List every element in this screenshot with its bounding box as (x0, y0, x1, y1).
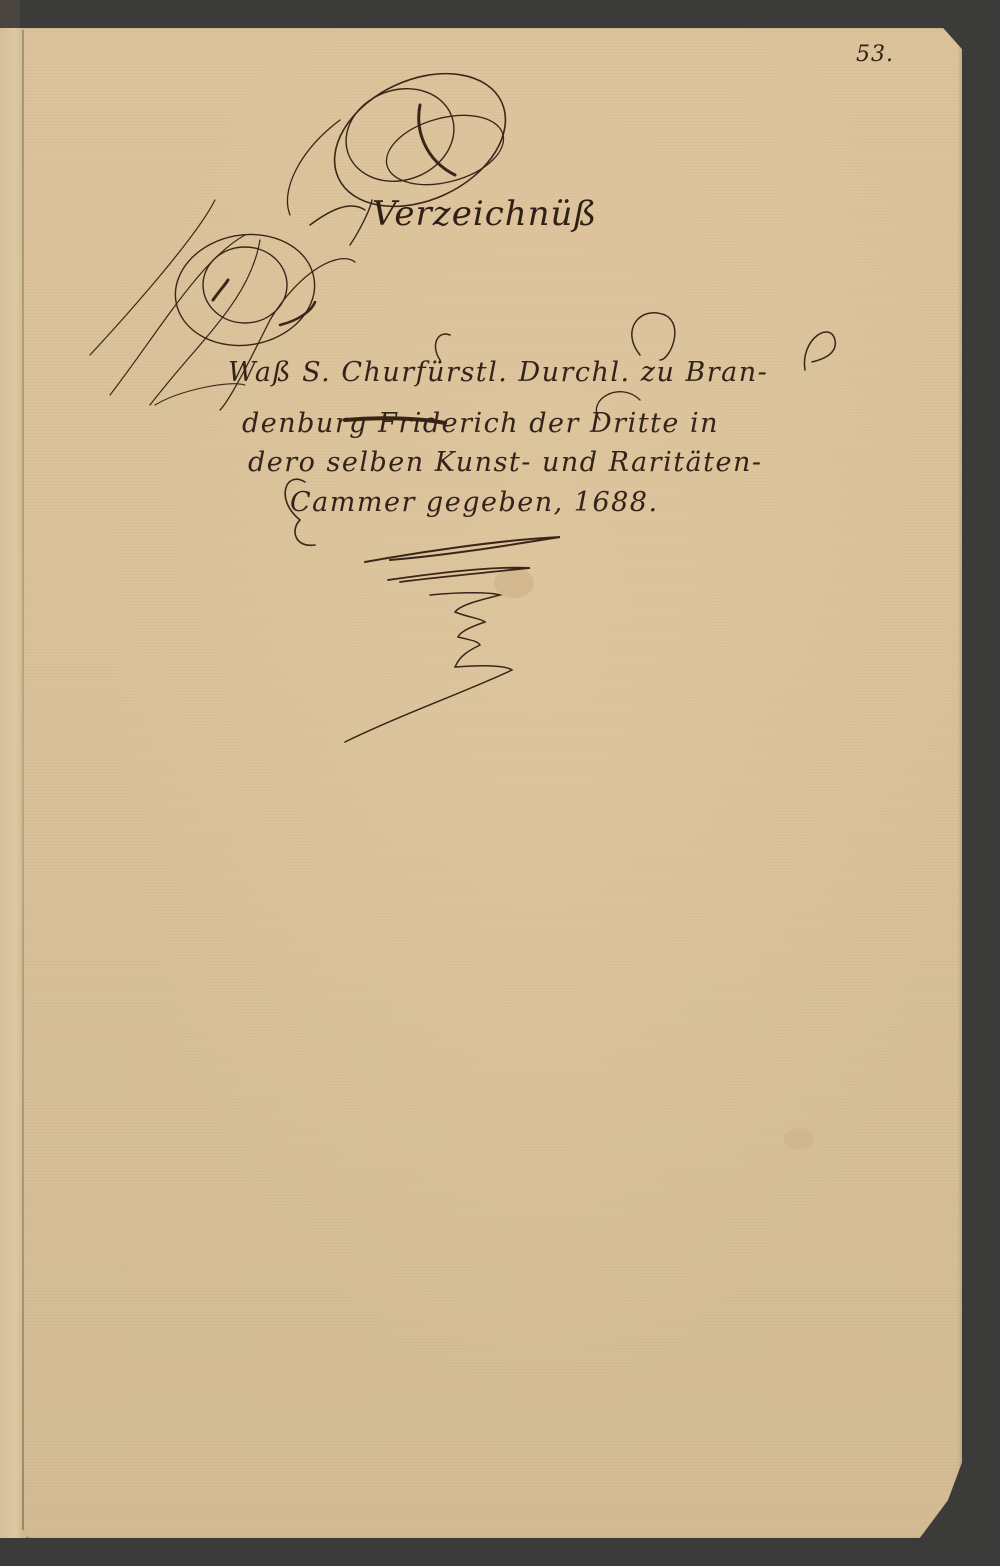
manuscript-page (24, 28, 962, 1538)
manuscript-scan: 53. (0, 0, 1000, 1566)
text-line-3: dero selben Kunst- und Raritäten- (248, 447, 763, 478)
binding-shadow (0, 0, 20, 30)
document-heading: Verzeichnüß (372, 194, 597, 234)
text-line-1: Waß S. Churfürstl. Durchl. zu Bran- (228, 357, 768, 388)
text-line-4: Cammer gegeben, 1688. (290, 487, 659, 518)
text-line-2: denburg Friderich der Dritte in (242, 408, 719, 439)
gutter-fold (22, 30, 24, 1530)
paper-stain (784, 1128, 814, 1150)
page-number: 53. (856, 42, 894, 67)
paper-stain (494, 568, 534, 598)
